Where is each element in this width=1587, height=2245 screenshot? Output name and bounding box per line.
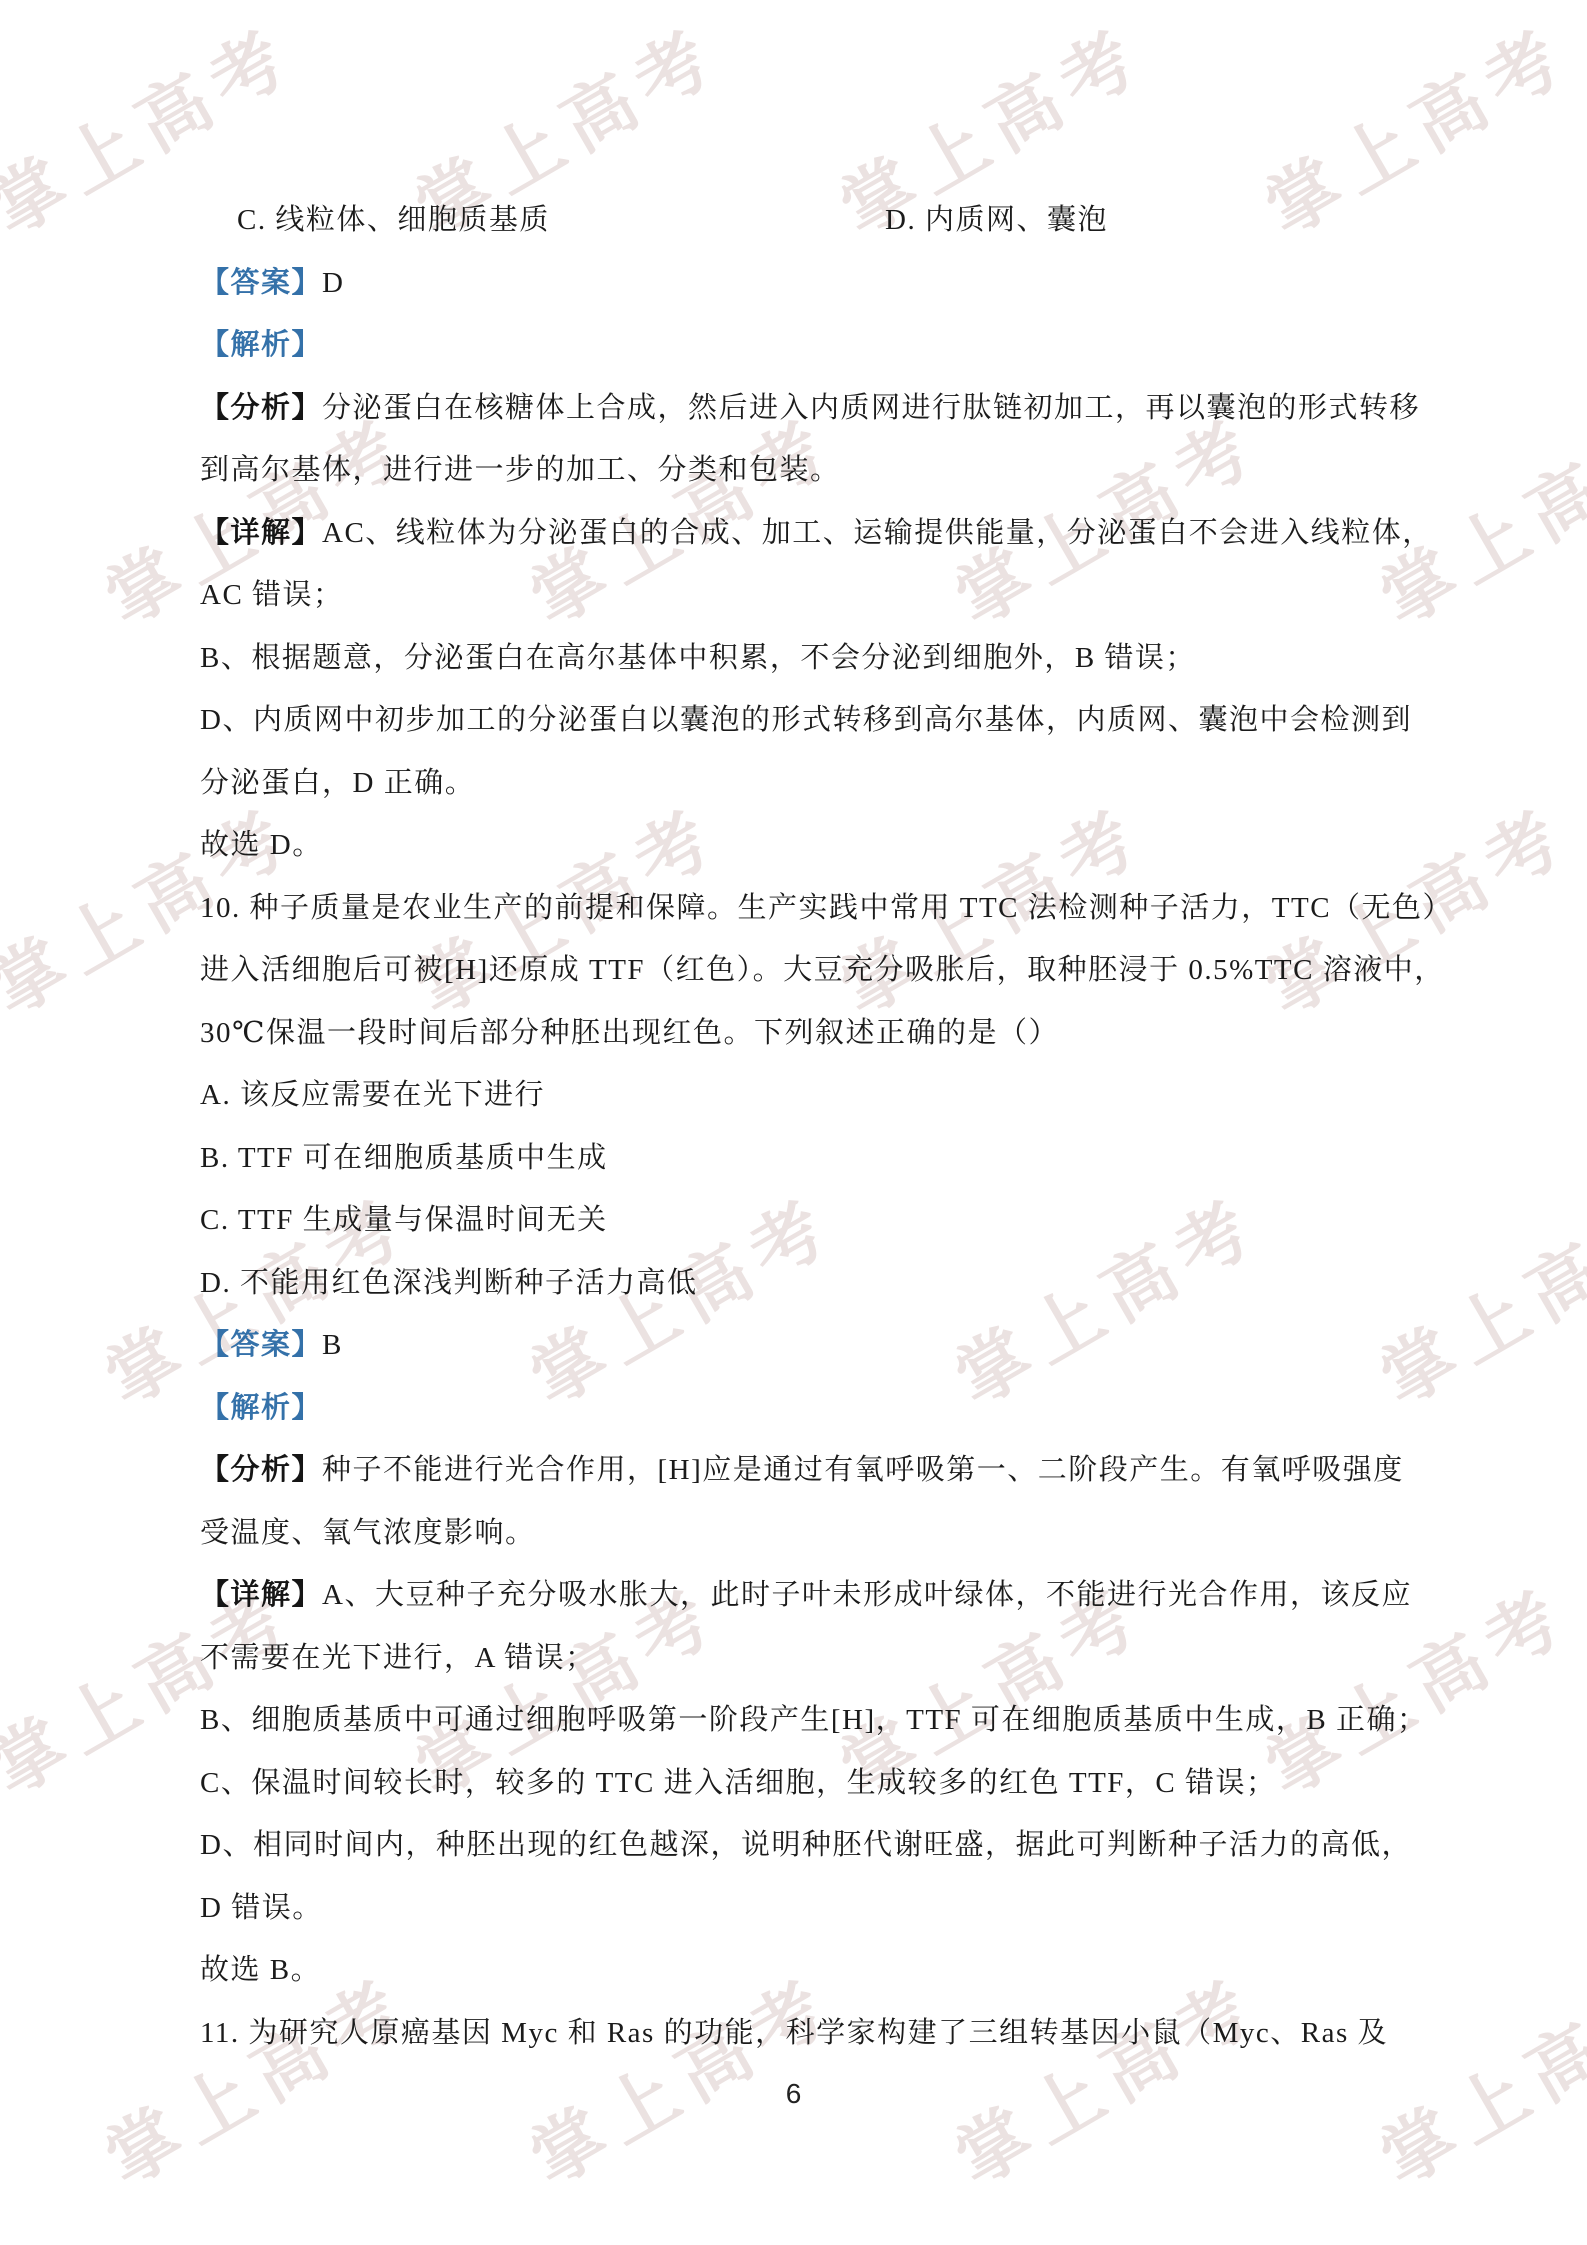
option-c: C. TTF 生成量与保温时间无关 [200, 1204, 608, 1236]
document-line: A. 该反应需要在光下进行 [200, 1064, 1500, 1127]
document-line: 【详解】A、大豆种子充分吸水胀大，此时子叶未形成叶绿体，不能进行光合作用，该反应 [200, 1564, 1500, 1627]
option-b: B. TTF 可在细胞质基质中生成 [200, 1142, 608, 1174]
detail-label: 【详解】 [200, 517, 322, 549]
document-line: D. 不能用红色深浅判断种子活力高低 [200, 1252, 1500, 1315]
option-d: D. 内质网、囊泡 [885, 189, 1108, 252]
document-content: C. 线粒体、细胞质基质D. 内质网、囊泡【答案】D【解析】【分析】分泌蛋白在核… [200, 189, 1500, 2064]
question-10-stem: 10. 种子质量是农业生产的前提和保障。生产实践中常用 TTC 法检测种子活力，… [200, 892, 1453, 924]
body-text: 分泌蛋白在核糖体上合成，然后进入内质网进行肽链初加工，再以囊泡的形式转移 [322, 392, 1420, 424]
document-line: 故选 D。 [200, 814, 1500, 877]
summary-label: 【分析】 [200, 1454, 322, 1486]
body-text: D、内质网中初步加工的分泌蛋白以囊泡的形式转移到高尔基体，内质网、囊泡中会检测到 [200, 704, 1412, 736]
document-line: 【答案】B [200, 1314, 1500, 1377]
body-text: 种子不能进行光合作用，[H]应是通过有氧呼吸第一、二阶段产生。有氧呼吸强度 [322, 1454, 1404, 1486]
document-line: B、细胞质基质中可通过细胞呼吸第一阶段产生[H]，TTF 可在细胞质基质中生成，… [200, 1689, 1500, 1752]
document-line: 30℃保温一段时间后部分种胚出现红色。下列叙述正确的是（） [200, 1002, 1500, 1065]
document-line: 不需要在光下进行，A 错误； [200, 1627, 1500, 1690]
page-number: 6 [0, 2078, 1587, 2110]
document-line: 10. 种子质量是农业生产的前提和保障。生产实践中常用 TTC 法检测种子活力，… [200, 877, 1500, 940]
document-line: 【答案】D [200, 252, 1500, 315]
answer-value: D [322, 267, 344, 299]
analysis-label: 【解析】 [200, 329, 322, 361]
body-text: 到高尔基体，进行进一步的加工、分类和包装。 [200, 454, 841, 486]
body-text: D、相同时间内，种胚出现的红色越深，说明种胚代谢旺盛，据此可判断种子活力的高低， [200, 1829, 1412, 1861]
document-line: 分泌蛋白，D 正确。 [200, 752, 1500, 815]
document-line: 11. 为研究人原癌基因 Myc 和 Ras 的功能，科学家构建了三组转基因小鼠… [200, 2002, 1500, 2065]
document-line: B、根据题意，分泌蛋白在高尔基体中积累，不会分泌到细胞外，B 错误； [200, 627, 1500, 690]
body-text: B、细胞质基质中可通过细胞呼吸第一阶段产生[H]，TTF 可在细胞质基质中生成，… [200, 1704, 1428, 1736]
body-text: 故选 D。 [200, 829, 323, 861]
document-line: AC 错误； [200, 564, 1500, 627]
analysis-label: 【解析】 [200, 1392, 322, 1424]
option-a: A. 该反应需要在光下进行 [200, 1079, 545, 1111]
body-text: C、保温时间较长时，较多的 TTC 进入活细胞，生成较多的红色 TTF，C 错误… [200, 1767, 1277, 1799]
document-line: 【分析】分泌蛋白在核糖体上合成，然后进入内质网进行肽链初加工，再以囊泡的形式转移 [200, 377, 1500, 440]
option-c: C. 线粒体、细胞质基质 [237, 189, 550, 252]
document-line: 【分析】种子不能进行光合作用，[H]应是通过有氧呼吸第一、二阶段产生。有氧呼吸强… [200, 1439, 1500, 1502]
body-text: A、大豆种子充分吸水胀大，此时子叶未形成叶绿体，不能进行光合作用，该反应 [322, 1579, 1412, 1611]
document-line: 【详解】AC、线粒体为分泌蛋白的合成、加工、运输提供能量，分泌蛋白不会进入线粒体… [200, 502, 1500, 565]
answer-label: 【答案】 [200, 1329, 322, 1361]
document-line: 进入活细胞后可被[H]还原成 TTF（红色）。大豆充分吸胀后，取种胚浸于 0.5… [200, 939, 1500, 1002]
question-10-stem: 进入活细胞后可被[H]还原成 TTF（红色）。大豆充分吸胀后，取种胚浸于 0.5… [200, 954, 1445, 986]
document-line: D、相同时间内，种胚出现的红色越深，说明种胚代谢旺盛，据此可判断种子活力的高低， [200, 1814, 1500, 1877]
document-line: C、保温时间较长时，较多的 TTC 进入活细胞，生成较多的红色 TTF，C 错误… [200, 1752, 1500, 1815]
document-line: C. 线粒体、细胞质基质D. 内质网、囊泡 [200, 189, 1500, 252]
document-line: 【解析】 [200, 1377, 1500, 1440]
option-d: D. 不能用红色深浅判断种子活力高低 [200, 1267, 697, 1299]
body-text: 受温度、氧气浓度影响。 [200, 1517, 536, 1549]
document-line: 【解析】 [200, 314, 1500, 377]
document-line: D 错误。 [200, 1877, 1500, 1940]
document-line: B. TTF 可在细胞质基质中生成 [200, 1127, 1500, 1190]
question-10-stem: 30℃保温一段时间后部分种胚出现红色。下列叙述正确的是（） [200, 1017, 1059, 1049]
body-text: B、根据题意，分泌蛋白在高尔基体中积累，不会分泌到细胞外，B 错误； [200, 642, 1196, 674]
answer-label: 【答案】 [200, 267, 322, 299]
document-line: 故选 B。 [200, 1939, 1500, 2002]
question-11-stem: 11. 为研究人原癌基因 Myc 和 Ras 的功能，科学家构建了三组转基因小鼠… [200, 2017, 1388, 2049]
document-line: 受温度、氧气浓度影响。 [200, 1502, 1500, 1565]
document-line: C. TTF 生成量与保温时间无关 [200, 1189, 1500, 1252]
summary-label: 【分析】 [200, 392, 322, 424]
body-text: D 错误。 [200, 1892, 323, 1924]
body-text: 分泌蛋白，D 正确。 [200, 767, 475, 799]
body-text: 故选 B。 [200, 1954, 321, 1986]
answer-value: B [322, 1329, 343, 1361]
body-text: AC 错误； [200, 579, 344, 611]
document-line: D、内质网中初步加工的分泌蛋白以囊泡的形式转移到高尔基体，内质网、囊泡中会检测到 [200, 689, 1500, 752]
detail-label: 【详解】 [200, 1579, 322, 1611]
document-line: 到高尔基体，进行进一步的加工、分类和包装。 [200, 439, 1500, 502]
body-text: AC、线粒体为分泌蛋白的合成、加工、运输提供能量，分泌蛋白不会进入线粒体， [322, 517, 1433, 549]
document-page: 掌上高考掌上高考掌上高考掌上高考掌上高考掌上高考掌上高考掌上高考掌上高考掌上高考… [0, 0, 1587, 2245]
body-text: 不需要在光下进行，A 错误； [200, 1642, 596, 1674]
